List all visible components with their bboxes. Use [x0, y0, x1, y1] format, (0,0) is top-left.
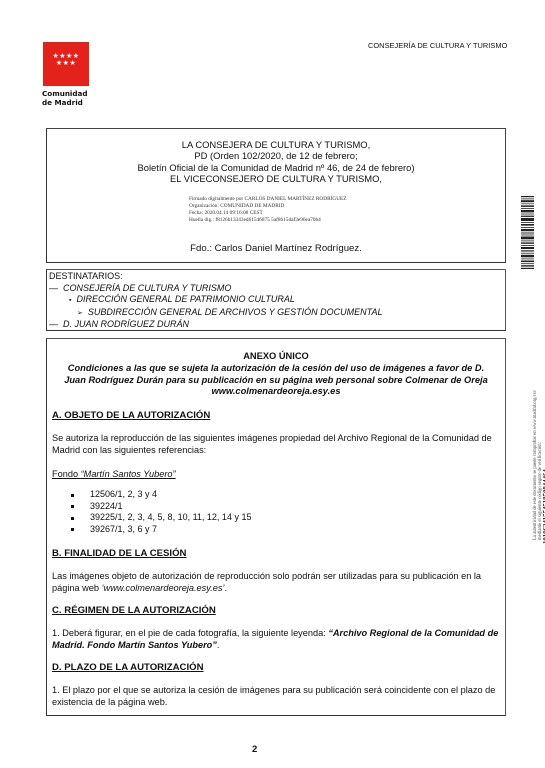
section-b-heading: B. FINALIDAD DE LA CESIÓN [52, 548, 187, 559]
annex-title: ANEXO ÚNICO [47, 351, 505, 361]
signature-organization: Organización: COMUNIDAD DE MADRID [189, 203, 347, 210]
fondo-name: “Martín Santos Yubero” [81, 469, 176, 479]
section-d-text: 1. El plazo por el que se autoriza la ce… [52, 685, 501, 708]
barcode-icon [521, 196, 534, 269]
stars-icon: ★★★★ ★★★ [43, 53, 89, 67]
recipient-item: — D. JUAN RODRÍGUEZ DURÁN [49, 319, 505, 331]
reference-item: 12506/1, 2, 3 y 4 [69, 489, 251, 501]
department-header: CONSEJERÍA DE CULTURA Y TURISMO [368, 41, 507, 50]
recipients-block: DESTINATARIOS: — CONSEJERÍA DE CULTURA Y… [46, 269, 506, 331]
comunidad-de-madrid-logo: ★★★★ ★★★ Comunidad de Madrid [42, 42, 92, 107]
recipients-title: DESTINATARIOS: [49, 271, 505, 283]
section-a-text: Se autoriza la reproducción de las sigui… [52, 433, 501, 456]
section-d-heading: D. PLAZO DE LA AUTORIZACIÓN [52, 662, 204, 673]
website-reference: ‘www.colmenardeoreja.esy.es’ [102, 583, 225, 593]
recipient-item: ▪ DIRECCIÓN GENERAL DE PATRIMONIO CULTUR… [49, 294, 505, 307]
fondo-label: Fondo “Martín Santos Yubero” [52, 469, 176, 479]
signature-authority-lines: LA CONSEJERA DE CULTURA Y TURISMO, PD (O… [47, 139, 505, 185]
subtitle-website: www.colmenardeoreja.esy.es [51, 386, 501, 398]
signature-date: Fecha: 2020.04.14 09:16:08 CEST [189, 210, 347, 217]
period: . [217, 640, 220, 650]
image-references-list: 12506/1, 2, 3 y 4 39224/1 39225/1, 2, 3,… [69, 489, 251, 535]
dash-icon: — [49, 283, 58, 293]
section-a-heading: A. OBJETO DE LA AUTORIZACIÓN [52, 410, 210, 421]
section-c-body: 1. Deberá figurar, en el pie de cada fot… [52, 628, 328, 638]
stars-row-2: ★★★ [43, 60, 89, 67]
recipient-text: DIRECCIÓN GENERAL DE PATRIMONIO CULTURAL [77, 294, 295, 304]
signature-fingerprint: Huella dig.: f8126b13343ed61546875 5af86… [189, 217, 347, 224]
logo-line-2: de Madrid [42, 99, 92, 108]
dash-icon: — [49, 319, 58, 329]
section-c-text: 1. Deberá figurar, en el pie de cada fot… [52, 628, 501, 651]
fondo-prefix: Fondo [52, 469, 81, 479]
recipient-text: SUBDIRECCIÓN GENERAL DE ARCHIVOS Y GESTI… [88, 307, 383, 317]
authority-line: EL VICECONSEJERO DE CULTURA Y TURISMO, [47, 173, 505, 184]
signatory-name: Fdo.: Carlos Daniel Martínez Rodríguez. [47, 243, 505, 254]
square-bullet-icon: ▪ [69, 297, 71, 304]
annex-block: ANEXO ÚNICO Condiciones a las que se suj… [46, 338, 506, 716]
recipient-item: — CONSEJERÍA DE CULTURA Y TURISMO [49, 283, 505, 295]
recipient-text: CONSEJERÍA DE CULTURA Y TURISMO [63, 283, 231, 293]
digital-signature-stamp: Firmado digitalmente por CARLOS DANIEL M… [189, 196, 347, 224]
subtitle-line: Juan Rodríguez Durán para su publicación… [51, 375, 501, 387]
madrid-flag-icon: ★★★★ ★★★ [43, 42, 89, 86]
page-number: 2 [252, 744, 257, 755]
period: . [224, 583, 227, 593]
section-c-heading: C. RÉGIMEN DE LA AUTORIZACIÓN [52, 605, 216, 616]
reference-item: 39267/1, 3, 6 y 7 [69, 524, 251, 536]
recipient-text: D. JUAN RODRÍGUEZ DURÁN [63, 319, 189, 329]
logo-text: Comunidad de Madrid [42, 90, 92, 107]
authority-line: Boletín Oficial de la Comunidad de Madri… [47, 162, 505, 173]
recipient-item: ➢ SUBDIRECCIÓN GENERAL DE ARCHIVOS Y GES… [49, 307, 505, 320]
annex-subtitle: Condiciones a las que se sujeta la autor… [51, 363, 501, 398]
stars-row-1: ★★★★ [43, 53, 89, 60]
authority-line: LA CONSEJERA DE CULTURA Y TURISMO, [47, 139, 505, 150]
signature-block: LA CONSEJERA DE CULTURA Y TURISMO, PD (O… [46, 128, 506, 263]
arrow-bullet-icon: ➢ [77, 310, 83, 317]
reference-item: 39224/1 [69, 501, 251, 513]
section-b-text: Las imágenes objeto de autorización de r… [52, 571, 501, 594]
reference-item: 39225/1, 2, 3, 4, 5, 8, 10, 11, 12, 14 y… [69, 512, 251, 524]
authority-line: PD (Orden 102/2020, de 12 de febrero; [47, 150, 505, 161]
subtitle-line: Condiciones a las que se sujeta la autor… [51, 363, 501, 375]
signed-by: Firmado digitalmente por CARLOS DANIEL M… [189, 196, 347, 203]
